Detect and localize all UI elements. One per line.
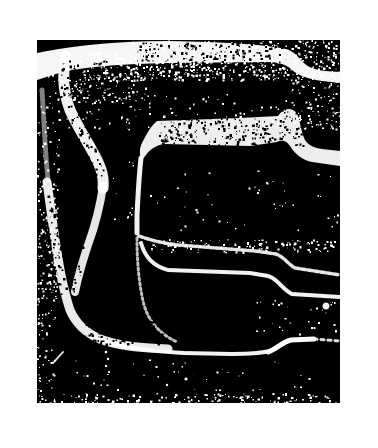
micrograph-figure	[0, 0, 378, 448]
sem-micrograph-image	[0, 0, 378, 448]
micrograph-background	[37, 40, 340, 403]
bright-particle-dot	[323, 303, 330, 310]
dot-trail-4	[108, 371, 110, 373]
dot-trail-3	[105, 365, 107, 367]
dot-trail-1	[105, 351, 108, 354]
page	[0, 0, 378, 448]
dot-trail-2	[107, 358, 109, 360]
stray-dot-1	[185, 378, 188, 381]
stray-dot-2	[166, 384, 168, 386]
